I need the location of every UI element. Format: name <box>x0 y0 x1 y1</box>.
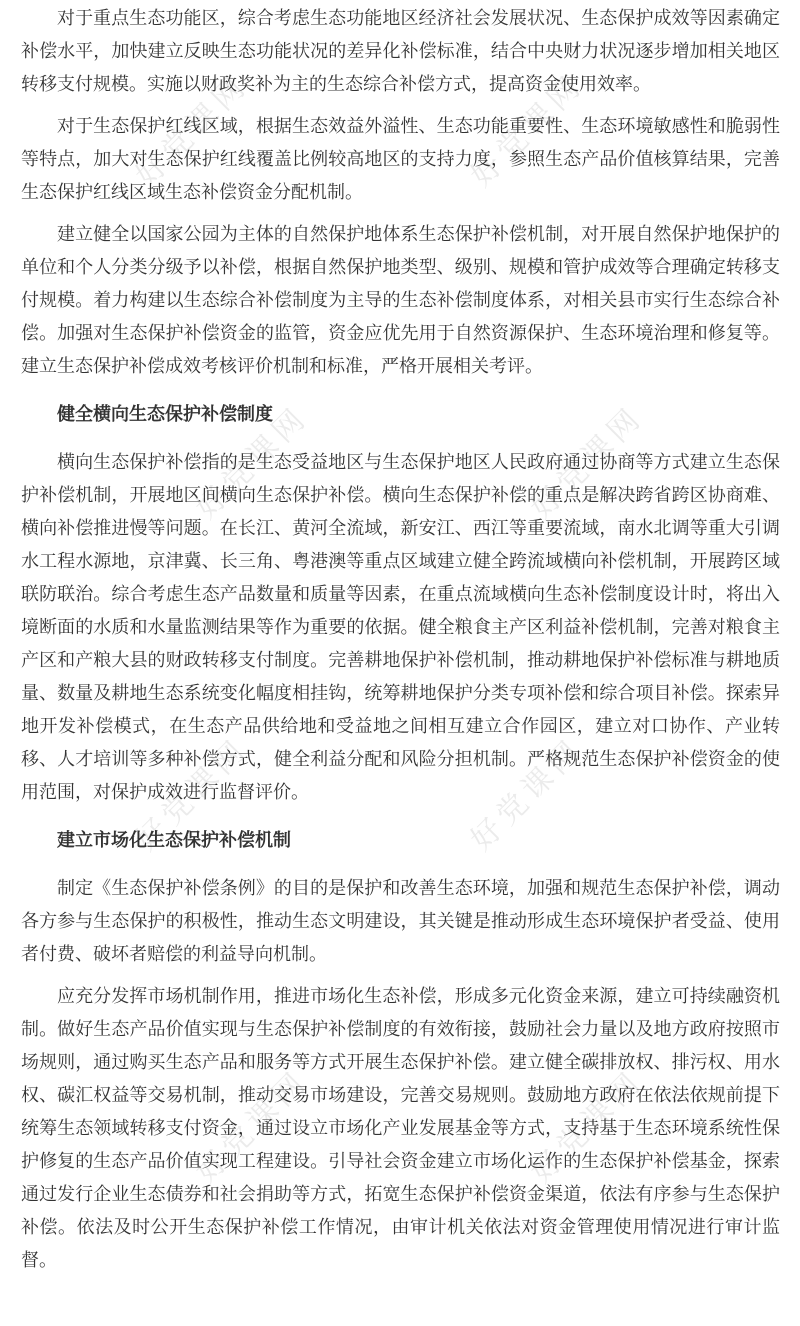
paragraph: 横向生态保护补偿指的是生态受益地区与生态保护地区人民政府通过协商等方式建立生态保… <box>21 446 780 809</box>
paragraph: 建立健全以国家公园为主体的自然保护地体系生态保护补偿机制，对开展自然保护地保护的… <box>21 218 780 383</box>
section-heading: 健全横向生态保护补偿制度 <box>21 398 780 431</box>
paragraph: 对于重点生态功能区，综合考虑生态功能地区经济社会发展状况、生态保护成效等因素确定… <box>21 2 780 101</box>
section-heading: 建立市场化生态保护补偿机制 <box>21 824 780 857</box>
article-content: 对于重点生态功能区，综合考虑生态功能地区经济社会发展状况、生态保护成效等因素确定… <box>0 0 800 1277</box>
document-page: { "page": { "background": "#ffffff", "te… <box>0 0 800 1326</box>
paragraph: 对于生态保护红线区域，根据生态效益外溢性、生态功能重要性、生态环境敏感性和脆弱性… <box>21 110 780 209</box>
paragraph: 制定《生态保护补偿条例》的目的是保护和改善生态环境，加强和规范生态保护补偿，调动… <box>21 872 780 971</box>
paragraph: 应充分发挥市场机制作用，推进市场化生态补偿，形成多元化资金来源，建立可持续融资机… <box>21 980 780 1277</box>
